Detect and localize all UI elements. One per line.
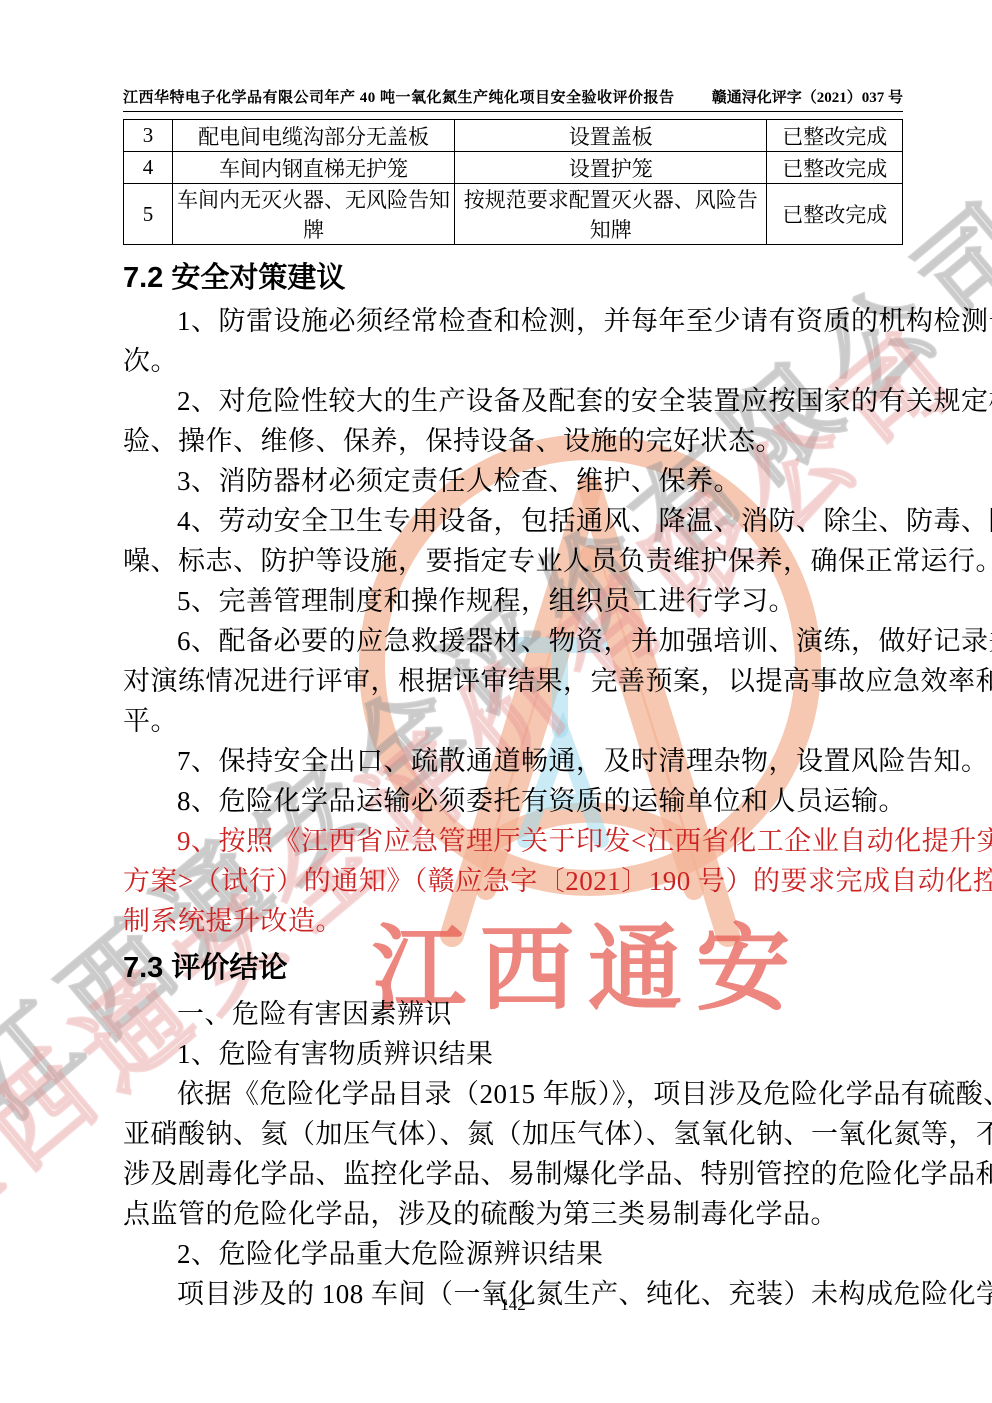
section-7-3-body: 一、危险有害因素辨识 1、危险有害物质辨识结果 依据《危险化学品目录（2015 … [123,994,903,1314]
page-header: 江西华特电子化学品有限公司年产 40 吨一氧化氮生产纯化项目安全验收评价报告 赣… [123,88,903,112]
problem-cell: 车间内钢直梯无护笼 [173,152,455,184]
body-line-red: 9、按照《江西省应急管理厅关于印发<江西省化工企业自动化提升实施 [123,821,903,861]
body-line: 次。 [123,341,903,381]
body-line: 依据《危险化学品目录（2015 年版）》，项目涉及危险化学品有硫酸、 [123,1074,903,1114]
rectification-table: 3 配电间电缆沟部分无盖板 设置盖板 已整改完成 4 车间内钢直梯无护笼 设置护… [123,119,903,245]
section-7-3-title: 7.3 评价结论 [123,947,903,989]
body-line: 1、防雷设施必须经常检查和检测，并每年至少请有资质的机构检测一 [123,301,903,341]
status-cell: 已整改完成 [767,152,903,184]
measure-cell: 按规范要求配置灭火器、风险告知牌 [455,184,767,245]
body-line-red: 制系统提升改造。 [123,901,903,941]
body-line: 对演练情况进行评审，根据评审结果，完善预案，以提高事故应急效率和水 [123,661,903,701]
body-line: 1、危险有害物质辨识结果 [123,1034,903,1074]
problem-cell: 车间内无灭火器、无风险告知牌 [173,184,455,245]
body-line: 亚硝酸钠、氦（加压气体）、氮（加压气体）、氢氧化钠、一氧化氮等，不 [123,1114,903,1154]
body-line: 一、危险有害因素辨识 [123,994,903,1034]
section-7-2-title: 7.2 安全对策建议 [123,260,903,296]
body-line: 3、消防器材必须定责任人检查、维护、保养。 [123,461,903,501]
body-line: 平。 [123,701,903,741]
section-7-2-body: 1、防雷设施必须经常检查和检测，并每年至少请有资质的机构检测一 次。 2、对危险… [123,301,903,941]
body-line: 6、配备必要的应急救援器材、物资，并加强培训、演练，做好记录并 [123,621,903,661]
measure-cell: 设置护笼 [455,152,767,184]
header-report-title: 江西华特电子化学品有限公司年产 40 吨一氧化氮生产纯化项目安全验收评价报告 [123,88,675,108]
body-line: 验、操作、维修、保养，保持设备、设施的完好状态。 [123,421,903,461]
table-row: 4 车间内钢直梯无护笼 设置护笼 已整改完成 [124,152,903,184]
body-line: 涉及剧毒化学品、监控化学品、易制爆化学品、特别管控的危险化学品和重 [123,1154,903,1194]
row-number: 4 [124,152,173,184]
body-line: 7、保持安全出口、疏散通道畅通，及时清理杂物，设置风险告知。 [123,741,903,781]
header-document-number: 赣通浔化评字（2021）037 号 [712,88,903,108]
measure-cell: 设置盖板 [455,120,767,152]
table-row: 3 配电间电缆沟部分无盖板 设置盖板 已整改完成 [124,120,903,152]
row-number: 3 [124,120,173,152]
body-line: 8、危险化学品运输必须委托有资质的运输单位和人员运输。 [123,781,903,821]
body-line: 2、危险化学品重大危险源辨识结果 [123,1234,903,1274]
page-content: 江西华特电子化学品有限公司年产 40 吨一氧化氮生产纯化项目安全验收评价报告 赣… [123,88,903,1314]
body-line: 2、对危险性较大的生产设备及配套的安全装置应按国家的有关规定检 [123,381,903,421]
status-cell: 已整改完成 [767,120,903,152]
body-line: 噪、标志、防护等设施，要指定专业人员负责维护保养，确保正常运行。 [123,541,903,581]
body-line-red: 方案>（试行）的通知》（赣应急字〔2021〕190 号）的要求完成自动化控 [123,861,903,901]
table-row: 5 车间内无灭火器、无风险告知牌 按规范要求配置灭火器、风险告知牌 已整改完成 [124,184,903,245]
body-line: 点监管的危险化学品，涉及的硫酸为第三类易制毒化学品。 [123,1194,903,1234]
problem-cell: 配电间电缆沟部分无盖板 [173,120,455,152]
page-number: 142 [123,1295,903,1315]
body-line: 5、完善管理制度和操作规程，组织员工进行学习。 [123,581,903,621]
status-cell: 已整改完成 [767,184,903,245]
body-line: 4、劳动安全卫生专用设备，包括通风、降温、消防、除尘、防毒、降 [123,501,903,541]
row-number: 5 [124,184,173,245]
